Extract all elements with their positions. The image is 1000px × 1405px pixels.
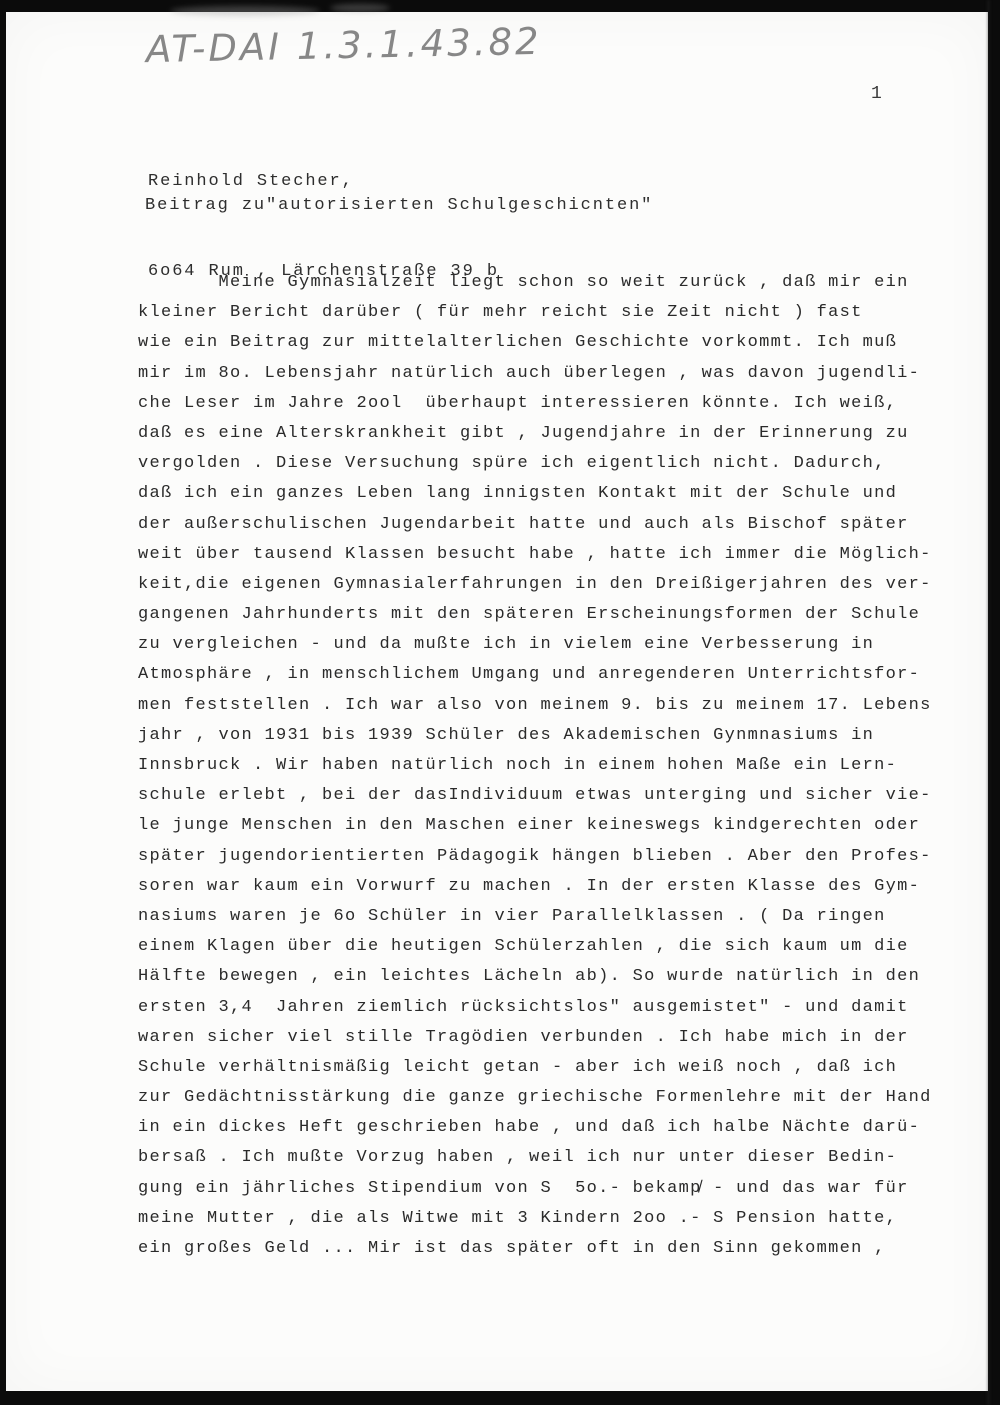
- scan-edge-artifact: [987, 0, 990, 1405]
- text-line: Atmosphäre , in menschlichem Umgang und …: [138, 660, 968, 690]
- handwritten-archive-annotation: AT-DAI 1.3.1.43.82: [146, 20, 542, 71]
- text-line: waren sicher viel stille Tragödien verbu…: [138, 1023, 968, 1053]
- scanned-document: AT-DAI 1.3.1.43.82 1 Reinhold Stecher, 6…: [0, 0, 1000, 1405]
- text-line: jahr , von 1931 bis 1939 Schüler des Aka…: [138, 721, 968, 751]
- text-line: meine Mutter , die als Witwe mit 3 Kinde…: [138, 1204, 968, 1234]
- text-line: vergolden . Diese Versuchung spüre ich e…: [138, 449, 968, 479]
- text-line: daß ich ein ganzes Leben lang innigsten …: [138, 479, 968, 509]
- text-line: bersaß . Ich mußte Vorzug haben , weil i…: [138, 1143, 968, 1173]
- text-line: zur Gedächtnisstärkung die ganze griechi…: [138, 1083, 968, 1113]
- page-number: 1: [871, 84, 883, 104]
- sender-name: Reinhold Stecher,: [148, 167, 499, 197]
- text-line: gangenen Jahrhunderts mit den späteren E…: [138, 600, 968, 630]
- text-line: keit,die eigenen Gymnasialerfahrungen in…: [138, 570, 968, 600]
- text-line: später jugendorientierten Pädagogik häng…: [138, 842, 968, 872]
- text-line: Innsbruck . Wir haben natürlich noch in …: [138, 751, 968, 781]
- text-line: men feststellen . Ich war also von meine…: [138, 691, 968, 721]
- text-line: zu vergleichen - und da mußte ich in vie…: [138, 630, 968, 660]
- text-line: wie ein Beitrag zur mittelalterlichen Ge…: [138, 328, 968, 358]
- scan-smudge: [330, 4, 390, 12]
- text-line: che Leser im Jahre 2ool überhaupt intere…: [138, 389, 968, 419]
- text-line: daß es eine Alterskrankheit gibt , Jugen…: [138, 419, 968, 449]
- text-line: weit über tausend Klassen besucht habe ,…: [138, 540, 968, 570]
- text-line: soren war kaum ein Vorwurf zu machen . I…: [138, 872, 968, 902]
- text-line: ein großes Geld ... Mir ist das später o…: [138, 1234, 968, 1264]
- text-line: der außerschulischen Jugendarbeit hatte …: [138, 510, 968, 540]
- text-line: le junge Menschen in den Maschen einer k…: [138, 811, 968, 841]
- scan-smudge: [170, 6, 320, 16]
- text-line: mir im 8o. Lebensjahr natürlich auch übe…: [138, 359, 968, 389]
- text-line: einem Klagen über die heutigen Schülerza…: [138, 932, 968, 962]
- document-title: Beitrag zu"autorisierten Schulgeschicnte…: [145, 196, 653, 215]
- text-line: schule erlebt , bei der dasIndividuum et…: [138, 781, 968, 811]
- text-line: gung ein jährliches Stipendium von S 5o.…: [138, 1174, 968, 1204]
- document-body: Meine Gymnasialzeit liegt schon so weit …: [138, 268, 968, 1264]
- text-line: in ein dickes Heft geschrieben habe , un…: [138, 1113, 968, 1143]
- text-line: Hälfte bewegen , ein leichtes Lächeln ab…: [138, 962, 968, 992]
- text-line: nasiums waren je 6o Schüler in vier Para…: [138, 902, 968, 932]
- text-line: ersten 3,4 Jahren ziemlich rücksichtslos…: [138, 993, 968, 1023]
- text-line: kleiner Bericht darüber ( für mehr reich…: [138, 298, 968, 328]
- text-line: Meine Gymnasialzeit liegt schon so weit …: [138, 268, 968, 298]
- text-line: Schule verhältnismäßig leicht getan - ab…: [138, 1053, 968, 1083]
